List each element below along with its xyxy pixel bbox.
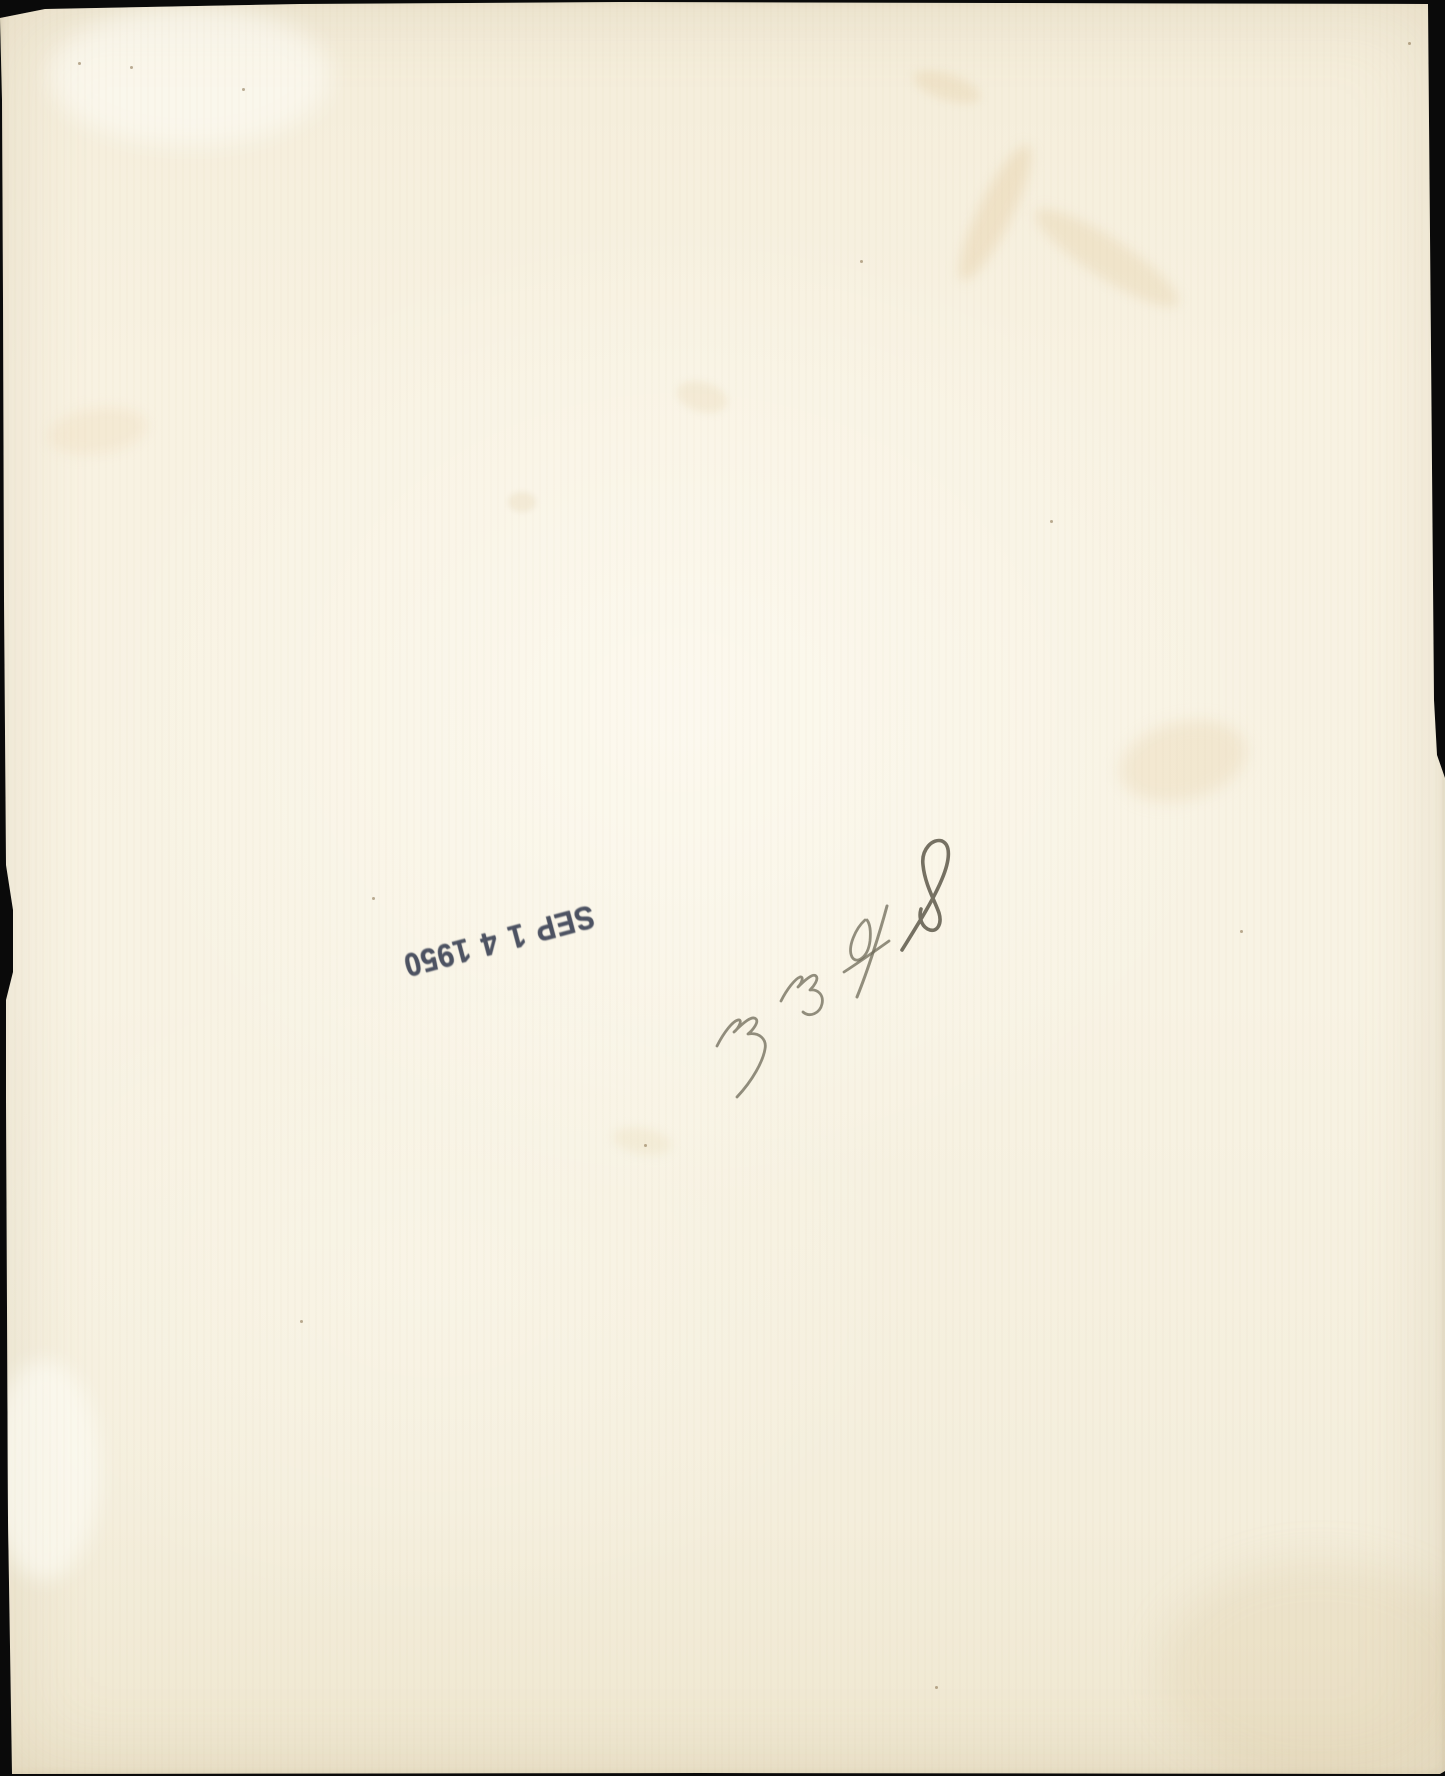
speck: [242, 88, 245, 91]
handwritten-number: [620, 800, 1000, 1120]
light-patch: [50, 6, 330, 146]
pencil-stroke-3b: [781, 975, 822, 1014]
light-patch: [0, 1360, 100, 1580]
scanned-photo-verso: SEP 1 4 1950 3348: [0, 0, 1445, 1776]
stain-mark: [947, 138, 1043, 288]
stain-mark: [45, 401, 150, 460]
stain-mark: [673, 376, 731, 418]
pencil-stroke-3a: [717, 1018, 765, 1097]
speck: [300, 1320, 303, 1323]
stain-mark: [910, 64, 985, 110]
speck: [860, 260, 863, 263]
date-stamp: SEP 1 4 1950: [388, 880, 610, 1002]
speck: [1050, 520, 1053, 523]
handwritten-number-text: 3348: [0, 0, 1, 1]
pencil-stroke-4-loop: [851, 920, 871, 960]
speck: [935, 1686, 938, 1689]
speck: [130, 66, 133, 69]
speck: [644, 1144, 647, 1147]
pencil-stroke-8: [902, 841, 948, 950]
stain-mark: [508, 492, 536, 512]
speck: [372, 897, 375, 900]
speck: [78, 62, 81, 65]
paper-sheet: SEP 1 4 1950 3348: [0, 0, 1445, 1776]
stain-mark: [1025, 195, 1189, 321]
stain-mark: [1110, 707, 1255, 814]
speck: [1408, 42, 1411, 45]
speck: [1240, 930, 1243, 933]
stain-mark: [610, 1123, 674, 1159]
stain-mark: [1160, 1560, 1445, 1776]
